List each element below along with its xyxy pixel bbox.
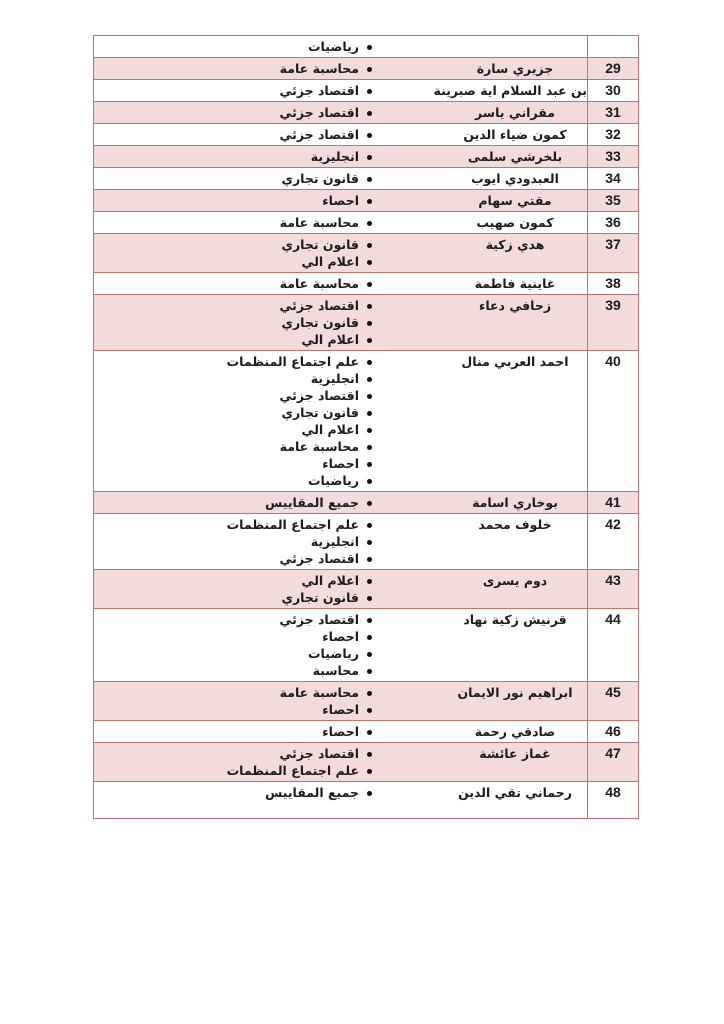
row-number-cell: 48: [587, 782, 638, 818]
subject-label: اعلام الي: [302, 572, 359, 589]
subject-list: محاسبة عامة: [94, 273, 429, 294]
student-name: رحماني تقي الدين: [458, 785, 572, 800]
subject-item: جميع المقاييس: [100, 494, 372, 511]
bullet-icon: [367, 479, 372, 484]
subject-list: احصاء: [94, 721, 429, 742]
student-name: كمون ضياء الدين: [463, 127, 566, 142]
student-name-cell: بن عبد السلام اية صبرينة: [429, 80, 587, 101]
subject-item: اقتصاد جزئي: [100, 550, 372, 567]
bullet-icon: [367, 618, 372, 623]
table-row: 40 احمد العربي منال علم اجتماع المنظماتا…: [94, 350, 638, 491]
row-number: 46: [605, 723, 621, 739]
subject-item: علم اجتماع المنظمات: [100, 353, 372, 370]
subject-item: احصاء: [100, 628, 372, 645]
subject-item: علم اجتماع المنظمات: [100, 516, 372, 533]
student-name-cell: جزيري سارة: [429, 58, 587, 79]
bullet-icon: [367, 304, 372, 309]
subject-label: قانون تجاري: [282, 170, 359, 187]
bullet-icon: [367, 462, 372, 467]
subject-list: انجليزية: [94, 146, 429, 167]
subject-item: احصاء: [100, 455, 372, 472]
table-row: 47 غماز عائشة اقتصاد جزئيعلم اجتماع المن…: [94, 742, 638, 781]
subject-label: محاسبة عامة: [280, 438, 359, 455]
subject-item: اقتصاد جزئي: [100, 297, 372, 314]
student-name: ابراهيم نور الايمان: [457, 685, 572, 700]
row-number-cell: 39: [587, 295, 638, 350]
bullet-icon: [367, 67, 372, 72]
row-number-cell: 47: [587, 743, 638, 781]
student-name-cell: هدي زكية: [429, 234, 587, 272]
row-number-cell: [587, 36, 638, 57]
table-row: 39 زحافي دعاء اقتصاد جزئيقانون تجارياعلا…: [94, 294, 638, 350]
subject-item: محاسبة عامة: [100, 60, 372, 77]
row-number: 40: [605, 353, 621, 369]
subject-label: اعلام الي: [302, 331, 359, 348]
student-name-cell: غماز عائشة: [429, 743, 587, 781]
student-name-cell: دوم يسرى: [429, 570, 587, 608]
table-row: 36 كمون صهيب محاسبة عامة: [94, 211, 638, 233]
student-name-cell: كمون ضياء الدين: [429, 124, 587, 145]
row-number: 29: [605, 60, 621, 76]
student-name: مقتي سهام: [478, 193, 551, 208]
student-name: غماز عائشة: [479, 746, 550, 761]
subject-label: محاسبة عامة: [280, 214, 359, 231]
student-name: صادقي رحمة: [475, 724, 556, 739]
subject-item: اقتصاد جزئي: [100, 745, 372, 762]
subject-label: اقتصاد جزئي: [280, 550, 359, 567]
row-number-cell: 42: [587, 514, 638, 569]
subject-label: جميع المقاييس: [265, 494, 359, 511]
student-name-cell: كمون صهيب: [429, 212, 587, 233]
subject-item: علم اجتماع المنظمات: [100, 762, 372, 779]
subject-label: اقتصاد جزئي: [280, 745, 359, 762]
row-number-cell: 35: [587, 190, 638, 211]
bullet-icon: [367, 199, 372, 204]
row-number-cell: 34: [587, 168, 638, 189]
student-name-cell: ابراهيم نور الايمان: [429, 682, 587, 720]
subject-item: قانون تجاري: [100, 170, 372, 187]
student-name: دوم يسرى: [483, 573, 547, 588]
subject-label: علم اجتماع المنظمات: [227, 516, 359, 533]
student-name-cell: [429, 36, 587, 57]
subject-label: قانون تجاري: [282, 589, 359, 606]
subject-label: علم اجتماع المنظمات: [227, 762, 359, 779]
subject-item: قانون تجاري: [100, 589, 372, 606]
bullet-icon: [367, 411, 372, 416]
table-row: 37 هدي زكية قانون تجارياعلام الي: [94, 233, 638, 272]
bullet-icon: [367, 177, 372, 182]
table-row: 30 بن عبد السلام اية صبرينة اقتصاد جزئي: [94, 79, 638, 101]
row-number-cell: 36: [587, 212, 638, 233]
table-row: 34 العبدودي ايوب قانون تجاري: [94, 167, 638, 189]
subject-label: احصاء: [322, 455, 359, 472]
subject-label: انجليزية: [311, 370, 359, 387]
student-name: غاينية فاطمة: [475, 276, 556, 291]
bullet-icon: [367, 321, 372, 326]
row-number-cell: 29: [587, 58, 638, 79]
row-number-cell: 43: [587, 570, 638, 608]
subject-label: اعلام الي: [302, 253, 359, 270]
row-number-cell: 32: [587, 124, 638, 145]
document-page: رياضيات 29 جزيري سارة محاسبة عامة 30 بن …: [0, 0, 724, 1024]
row-number: 44: [605, 611, 621, 627]
bullet-icon: [367, 579, 372, 584]
student-name-cell: رحماني تقي الدين: [429, 782, 587, 818]
subject-label: اقتصاد جزئي: [280, 387, 359, 404]
subject-item: رياضيات: [100, 645, 372, 662]
bullet-icon: [367, 377, 372, 382]
student-name: جزيري سارة: [477, 61, 554, 76]
bullet-icon: [367, 260, 372, 265]
bullet-icon: [367, 691, 372, 696]
subject-item: انجليزية: [100, 370, 372, 387]
student-name-cell: بلخرشي سلمى: [429, 146, 587, 167]
student-name-cell: مقتي سهام: [429, 190, 587, 211]
row-number: 38: [605, 275, 621, 291]
table-row: 42 خلوف محمد علم اجتماع المنظماتانجليزية…: [94, 513, 638, 569]
row-number: 47: [605, 745, 621, 761]
subject-label: جميع المقاييس: [265, 784, 359, 801]
bullet-icon: [367, 133, 372, 138]
row-number-cell: 38: [587, 273, 638, 294]
table-row: 44 قرنيش زكية نهاد اقتصاد جزئياحصاءرياضي…: [94, 608, 638, 681]
subject-item: احصاء: [100, 701, 372, 718]
row-number-cell: 33: [587, 146, 638, 167]
subject-label: اقتصاد جزئي: [280, 104, 359, 121]
bullet-icon: [367, 45, 372, 50]
subject-label: محاسبة عامة: [280, 684, 359, 701]
table-row: 46 صادقي رحمة احصاء: [94, 720, 638, 742]
subject-list: محاسبة عامةاحصاء: [94, 682, 429, 720]
student-name: زحافي دعاء: [479, 298, 551, 313]
row-number: 43: [605, 572, 621, 588]
bullet-icon: [367, 752, 372, 757]
bullet-icon: [367, 89, 372, 94]
student-name-cell: خلوف محمد: [429, 514, 587, 569]
student-name: العبدودي ايوب: [471, 171, 559, 186]
subject-item: انجليزية: [100, 533, 372, 550]
row-number: 37: [605, 236, 621, 252]
bullet-icon: [367, 708, 372, 713]
student-name: هدي زكية: [486, 237, 545, 252]
subject-label: احصاء: [322, 628, 359, 645]
subject-item: رياضيات: [100, 472, 372, 489]
student-name-cell: غاينية فاطمة: [429, 273, 587, 294]
bullet-icon: [367, 155, 372, 160]
table-row: 33 بلخرشي سلمى انجليزية: [94, 145, 638, 167]
bullet-icon: [367, 221, 372, 226]
row-number: 31: [605, 104, 621, 120]
subject-item: جميع المقاييس: [100, 784, 372, 801]
row-number-cell: 30: [587, 80, 638, 101]
bullet-icon: [367, 360, 372, 365]
student-name-cell: بوخاري اسامة: [429, 492, 587, 513]
subject-label: محاسبة عامة: [280, 275, 359, 292]
subject-list: علم اجتماع المنظماتانجليزيةاقتصاد جزئيقا…: [94, 351, 429, 491]
subject-list: اقتصاد جزئيعلم اجتماع المنظمات: [94, 743, 429, 781]
row-number-cell: 45: [587, 682, 638, 720]
subject-label: اقتصاد جزئي: [280, 126, 359, 143]
row-number: 45: [605, 684, 621, 700]
subject-item: اقتصاد جزئي: [100, 82, 372, 99]
student-name: احمد العربي منال: [461, 354, 568, 369]
bullet-icon: [367, 540, 372, 545]
subject-label: انجليزية: [311, 533, 359, 550]
student-name-cell: العبدودي ايوب: [429, 168, 587, 189]
bullet-icon: [367, 791, 372, 796]
subject-list: رياضيات: [94, 36, 429, 57]
table-row: 31 مقراني ياسر اقتصاد جزئي: [94, 101, 638, 123]
subject-item: محاسبة عامة: [100, 684, 372, 701]
subject-label: قانون تجاري: [282, 236, 359, 253]
student-name-cell: احمد العربي منال: [429, 351, 587, 491]
student-name: كمون صهيب: [476, 215, 553, 230]
subject-item: اقتصاد جزئي: [100, 387, 372, 404]
subject-label: احصاء: [322, 723, 359, 740]
table-row: 38 غاينية فاطمة محاسبة عامة: [94, 272, 638, 294]
subject-label: اعلام الي: [302, 421, 359, 438]
table-row: 43 دوم يسرى اعلام اليقانون تجاري: [94, 569, 638, 608]
subject-item: احصاء: [100, 192, 372, 209]
subject-item: اقتصاد جزئي: [100, 611, 372, 628]
row-number-cell: 31: [587, 102, 638, 123]
subject-item: قانون تجاري: [100, 314, 372, 331]
student-name: قرنيش زكية نهاد: [463, 612, 566, 627]
subject-label: محاسبة عامة: [280, 60, 359, 77]
row-number: 33: [605, 148, 621, 164]
table-row: رياضيات: [94, 36, 638, 57]
bullet-icon: [367, 282, 372, 287]
student-name-cell: مقراني ياسر: [429, 102, 587, 123]
subject-list: جميع المقاييس: [94, 492, 429, 513]
subject-label: رياضيات: [308, 38, 359, 55]
subject-list: اقتصاد جزئي: [94, 124, 429, 145]
subject-item: محاسبة عامة: [100, 438, 372, 455]
bullet-icon: [367, 523, 372, 528]
bullet-icon: [367, 394, 372, 399]
subject-list: قانون تجاري: [94, 168, 429, 189]
row-number-cell: 46: [587, 721, 638, 742]
subject-item: انجليزية: [100, 148, 372, 165]
row-number-cell: 41: [587, 492, 638, 513]
row-number: 42: [605, 516, 621, 532]
table-row: 45 ابراهيم نور الايمان محاسبة عامةاحصاء: [94, 681, 638, 720]
subject-label: احصاء: [322, 192, 359, 209]
bullet-icon: [367, 445, 372, 450]
row-number-cell: 37: [587, 234, 638, 272]
subject-label: انجليزية: [311, 148, 359, 165]
subject-list: اقتصاد جزئياحصاءرياضياتمحاسبة: [94, 609, 429, 681]
bullet-icon: [367, 428, 372, 433]
bullet-icon: [367, 635, 372, 640]
subject-label: علم اجتماع المنظمات: [227, 353, 359, 370]
subject-list: اقتصاد جزئي: [94, 102, 429, 123]
subject-item: اعلام الي: [100, 253, 372, 270]
subject-label: اقتصاد جزئي: [280, 297, 359, 314]
table-row: 29 جزيري سارة محاسبة عامة: [94, 57, 638, 79]
subject-item: اقتصاد جزئي: [100, 126, 372, 143]
row-number: 30: [605, 82, 621, 98]
subject-item: اقتصاد جزئي: [100, 104, 372, 121]
bullet-icon: [367, 730, 372, 735]
subject-list: اقتصاد جزئي: [94, 80, 429, 101]
bullet-icon: [367, 501, 372, 506]
student-name-cell: قرنيش زكية نهاد: [429, 609, 587, 681]
row-number: 36: [605, 214, 621, 230]
subject-list: احصاء: [94, 190, 429, 211]
subject-list: محاسبة عامة: [94, 212, 429, 233]
roster-table: رياضيات 29 جزيري سارة محاسبة عامة 30 بن …: [93, 35, 639, 819]
bullet-icon: [367, 111, 372, 116]
student-name: خلوف محمد: [478, 517, 551, 532]
subject-label: رياضيات: [308, 645, 359, 662]
bullet-icon: [367, 243, 372, 248]
row-number: 48: [605, 784, 621, 800]
subject-list: قانون تجارياعلام الي: [94, 234, 429, 272]
subject-item: قانون تجاري: [100, 404, 372, 421]
bullet-icon: [367, 652, 372, 657]
subject-label: اقتصاد جزئي: [280, 82, 359, 99]
bullet-icon: [367, 669, 372, 674]
table-row: 35 مقتي سهام احصاء: [94, 189, 638, 211]
subject-list: اعلام اليقانون تجاري: [94, 570, 429, 608]
subject-list: جميع المقاييس: [94, 782, 429, 818]
student-name: بوخاري اسامة: [472, 495, 558, 510]
row-number-cell: 44: [587, 609, 638, 681]
subject-list: اقتصاد جزئيقانون تجارياعلام الي: [94, 295, 429, 350]
row-number: 35: [605, 192, 621, 208]
subject-label: محاسبة: [313, 662, 359, 679]
bullet-icon: [367, 596, 372, 601]
subject-label: قانون تجاري: [282, 314, 359, 331]
table-row: 41 بوخاري اسامة جميع المقاييس: [94, 491, 638, 513]
subject-item: احصاء: [100, 723, 372, 740]
subject-item: رياضيات: [100, 38, 372, 55]
row-number: 39: [605, 297, 621, 313]
table-row: 48 رحماني تقي الدين جميع المقاييس: [94, 781, 638, 818]
student-name: بن عبد السلام اية صبرينة: [434, 83, 587, 98]
row-number: 34: [605, 170, 621, 186]
subject-item: محاسبة عامة: [100, 275, 372, 292]
subject-list: علم اجتماع المنظماتانجليزيةاقتصاد جزئي: [94, 514, 429, 569]
subject-item: اعلام الي: [100, 421, 372, 438]
subject-label: قانون تجاري: [282, 404, 359, 421]
subject-item: محاسبة: [100, 662, 372, 679]
row-number: 41: [605, 494, 621, 510]
subject-item: قانون تجاري: [100, 236, 372, 253]
student-name-cell: صادقي رحمة: [429, 721, 587, 742]
bullet-icon: [367, 338, 372, 343]
subject-item: اعلام الي: [100, 572, 372, 589]
student-name: مقراني ياسر: [475, 105, 555, 120]
subject-list: محاسبة عامة: [94, 58, 429, 79]
subject-item: محاسبة عامة: [100, 214, 372, 231]
subject-label: اقتصاد جزئي: [280, 611, 359, 628]
subject-label: احصاء: [322, 701, 359, 718]
row-number: 32: [605, 126, 621, 142]
table-row: 32 كمون ضياء الدين اقتصاد جزئي: [94, 123, 638, 145]
student-name: بلخرشي سلمى: [468, 149, 562, 164]
student-name-cell: زحافي دعاء: [429, 295, 587, 350]
subject-label: رياضيات: [308, 472, 359, 489]
bullet-icon: [367, 557, 372, 562]
subject-item: اعلام الي: [100, 331, 372, 348]
row-number-cell: 40: [587, 351, 638, 491]
bullet-icon: [367, 769, 372, 774]
